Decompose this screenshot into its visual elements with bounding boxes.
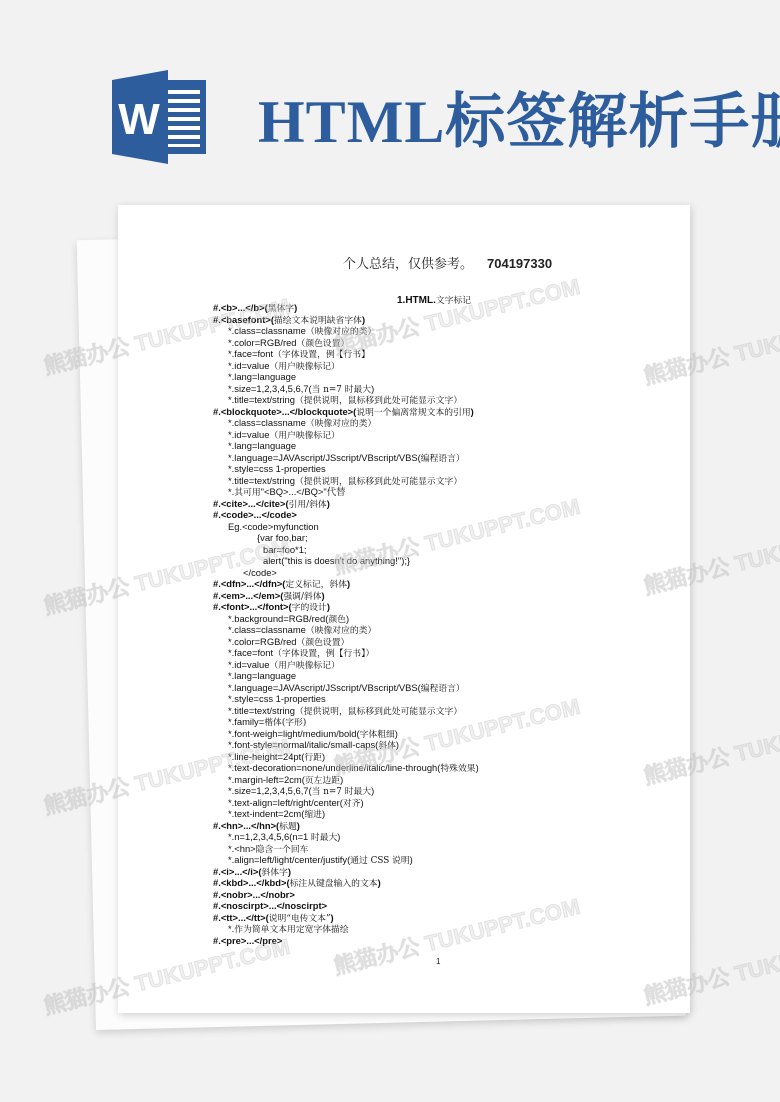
entry-code: *.color=RGB/red: [228, 636, 297, 647]
entry-suffix: ): [327, 601, 330, 612]
entry-code: {var foo,bar;: [257, 532, 308, 543]
entry-code: #.<i>...</i>(: [213, 866, 261, 877]
entry-suffix: ): [476, 762, 479, 773]
entry-code: *.title=text/string: [228, 475, 295, 486]
tag-entry: #.<b>...</b>(黑体字): [213, 302, 673, 314]
entry-suffix: ): [297, 820, 300, 831]
entry-code: #.<code>...</code>: [213, 509, 297, 520]
code-example-line: {var foo,bar;: [213, 532, 673, 544]
entry-code: #.<em>...</em>(: [213, 590, 283, 601]
entry-code: *.style=css 1-properties: [228, 693, 326, 704]
entry-suffix: ): [395, 728, 398, 739]
entry-code: #.<dfn>...</dfn>(: [213, 578, 285, 589]
entry-suffix: ): [471, 406, 474, 417]
attribute-entry: *.family=楷体(字形): [213, 716, 673, 728]
entry-code: Eg.<code>myfunction: [228, 521, 319, 532]
entry-description: 说明“电传文本”: [269, 914, 331, 924]
entry-suffix: ): [322, 751, 325, 762]
subtitle-text: 个人总结，仅供参考。: [343, 257, 473, 272]
entry-description: 其可用: [234, 488, 260, 498]
tag-entry: #.<tt>...</tt>(说明“电传文本”): [213, 912, 673, 924]
attribute-entry: *.id=value（用户映像标记）: [213, 360, 673, 372]
attribute-entry: *.class=classname（映像对应的类）: [213, 325, 673, 337]
code-example-line: Eg.<code>myfunction: [213, 521, 673, 533]
attribute-entry: *.text-decoration=none/underline/italic/…: [213, 762, 673, 774]
entry-code: *.background=RGB/red(: [228, 613, 328, 624]
header: W HTML标签解析手册: [0, 0, 780, 190]
attribute-entry: *.margin-left=2cm(页左边距): [213, 774, 673, 786]
entry-code: #.<pre>...</pre>: [213, 935, 282, 946]
entry-description: 当 n=7 时最大: [312, 385, 371, 395]
entry-code: #.<kbd>...</kbd>(: [213, 877, 290, 888]
entry-code: bar=foo*1;: [263, 544, 307, 555]
entry-code: *.lang=language: [228, 371, 296, 382]
entry-description: 斜体字: [261, 868, 287, 878]
entry-description: 特殊效果: [440, 764, 475, 774]
attribute-entry: *.id=value（用户映像标记）: [213, 429, 673, 441]
entry-suffix: ): [337, 831, 340, 842]
entry-code: *.text-decoration=none/underline/italic/…: [228, 762, 440, 773]
attribute-entry: *.lang=language: [213, 440, 673, 452]
code-example-line: </code>: [213, 567, 673, 579]
entry-code: *.lang=language: [228, 440, 296, 451]
entry-suffix: ): [327, 498, 330, 509]
entry-suffix: ): [340, 774, 343, 785]
entry-code: *.line-height=24pt(: [228, 751, 304, 762]
entry-code: *.class=classname: [228, 325, 306, 336]
entry-description: （字体设置，例【行书】）: [273, 649, 374, 659]
entry-code: #.<tt>...</tt>(: [213, 912, 269, 923]
entry-description: 强调/斜体: [283, 592, 321, 602]
tag-entry: #.<blockquote>...</blockquote>(说明一个偏离常规文…: [213, 406, 673, 418]
entry-suffix: ): [410, 854, 413, 865]
attribute-entry: *.font-weigh=light/medium/bold(字体粗细): [213, 728, 673, 740]
attribute-entry: *.text-indent=2cm(缩进): [213, 808, 673, 820]
attribute-entry: *.class=classname（映像对应的类）: [213, 624, 673, 636]
entry-suffix: ): [294, 302, 297, 313]
entry-suffix: ): [331, 912, 334, 923]
entry-suffix: ): [322, 808, 325, 819]
entry-description: （用户映像标记）: [269, 431, 339, 441]
document-page: 个人总结，仅供参考。704197330 1.HTML.文字标记 #.<b>...…: [118, 205, 690, 1013]
svg-text:W: W: [118, 95, 160, 144]
document-body: #.<b>...</b>(黑体字)#.<basefont>(描绘文本说明缺省字体…: [213, 302, 673, 946]
entry-description: 说明一个偏离常规文本的引用: [356, 408, 470, 418]
entry-description: 标注从键盘输入的文本: [290, 879, 378, 889]
attribute-entry: *.lang=language: [213, 670, 673, 682]
attribute-entry: *.class=classname（映像对应的类）: [213, 417, 673, 429]
entry-suffix: ): [362, 314, 365, 325]
attribute-entry: *.其可用"<BQ>...</BQ>"代替: [213, 486, 673, 498]
attribute-entry: *.color=RGB/red（颜色设置）: [213, 636, 673, 648]
entry-suffix: ): [378, 877, 381, 888]
entry-code: *.lang=language: [228, 670, 296, 681]
entry-description: 颜色: [328, 615, 346, 625]
entry-description: 编程语言）: [421, 454, 465, 464]
page-title: HTML标签解析手册: [258, 74, 780, 160]
tag-entry: #.<cite>...</cite>(引用/斜体): [213, 498, 673, 510]
attribute-entry: *.style=css 1-properties: [213, 693, 673, 705]
entry-code: *.align=left/light/center/justify(: [228, 854, 350, 865]
entry-code: *.text-indent=2cm(: [228, 808, 304, 819]
tag-entry: #.<kbd>...</kbd>(标注从键盘输入的文本): [213, 877, 673, 889]
entry-description: 当 n=7 时最大: [312, 787, 371, 797]
attribute-entry: *.background=RGB/red(颜色): [213, 613, 673, 625]
attribute-entry: *.align=left/light/center/justify(通过 CSS…: [213, 854, 673, 866]
entry-description: 时最大: [311, 833, 337, 843]
entry-description: （颜色设置）: [297, 638, 350, 648]
entry-suffix: ): [288, 866, 291, 877]
document-subtitle: 个人总结，仅供参考。704197330: [343, 253, 552, 272]
attribute-entry: *.language=JAVAscript/JSscript/VBscript/…: [213, 682, 673, 694]
entry-code: #.<blockquote>...</blockquote>(: [213, 406, 356, 417]
tag-entry: #.<pre>...</pre>: [213, 935, 673, 947]
entry-code: *.style=css 1-properties: [228, 463, 326, 474]
entry-code: *.title=text/string: [228, 705, 295, 716]
entry-description: 作为简单文本用定宽字体描绘: [234, 925, 348, 935]
attribute-entry: *.face=font（字体设置，例【行书】: [213, 348, 673, 360]
tag-entry: #.<dfn>...</dfn>(定义标记，斜体): [213, 578, 673, 590]
entry-description: 通过 CSS 说明: [350, 856, 409, 866]
attribute-entry: *.size=1,2,3,4,5,6,7(当 n=7 时最大): [213, 383, 673, 395]
entry-code: *.id=value: [228, 659, 269, 670]
attribute-entry: *.text-align=left/right/center(对齐): [213, 797, 673, 809]
attribute-entry: *.作为简单文本用定宽字体描绘: [213, 923, 673, 935]
tag-entry: #.<hn>...</hn>(标题): [213, 820, 673, 832]
entry-description: （用户映像标记）: [269, 661, 339, 671]
entry-description: （颜色设置）: [297, 339, 350, 349]
entry-description: （映像对应的类）: [306, 327, 376, 337]
entry-description: （提供说明，鼠标移到此处可能显示文字）: [295, 707, 462, 717]
tag-entry: #.<noscirpt>...</noscirpt>: [213, 900, 673, 912]
entry-code: *.size=1,2,3,4,5,6,7(: [228, 383, 312, 394]
attribute-entry: *.id=value（用户映像标记）: [213, 659, 673, 671]
entry-description: 对齐: [343, 799, 361, 809]
attribute-entry: *.<hn>隐含一个回车: [213, 843, 673, 855]
attribute-entry: *.n=1,2,3,4,5,6(n=1 时最大): [213, 831, 673, 843]
entry-suffix: ): [361, 797, 364, 808]
entry-code: #.<font>...</font>(: [213, 601, 292, 612]
entry-code: *.class=classname: [228, 417, 306, 428]
entry-code: *.language=JAVAscript/JSscript/VBscript/…: [228, 682, 421, 693]
attribute-entry: *.title=text/string（提供说明，鼠标移到此处可能显示文字）: [213, 394, 673, 406]
entry-description: （字体设置，例【行书】: [273, 350, 370, 360]
subtitle-number: 704197330: [487, 256, 552, 271]
attribute-entry: *.font-style=normal/italic/small-caps(斜体…: [213, 739, 673, 751]
entry-code: #.<noscirpt>...</noscirpt>: [213, 900, 327, 911]
attribute-entry: *.language=JAVAscript/JSscript/VBscript/…: [213, 452, 673, 464]
entry-code: #.<hn>...</hn>(: [213, 820, 279, 831]
attribute-entry: *.style=css 1-properties: [213, 463, 673, 475]
entry-code: *.n=1,2,3,4,5,6(n=1: [228, 831, 311, 842]
entry-suffix: ): [322, 590, 325, 601]
tag-entry: #.<code>...</code>: [213, 509, 673, 521]
entry-code: *.title=text/string: [228, 394, 295, 405]
code-example-line: alert("this is doesn't do anything!");}: [213, 555, 673, 567]
page-number: 1: [436, 957, 440, 966]
entry-code: *.font-weigh=light/medium/bold(: [228, 728, 360, 739]
attribute-entry: *.title=text/string（提供说明，鼠标移到此处可能显示文字）: [213, 475, 673, 487]
attribute-entry: *.size=1,2,3,4,5,6,7(当 n=7 时最大): [213, 785, 673, 797]
attribute-entry: *.line-height=24pt(行距): [213, 751, 673, 763]
entry-code: #.<cite>...</cite>(: [213, 498, 289, 509]
entry-description: 黑体字: [268, 304, 294, 314]
entry-description: 隐含一个回车: [256, 845, 309, 855]
tag-entry: #.<nobr>...</nobr>: [213, 889, 673, 901]
entry-code: *.<hn>: [228, 843, 256, 854]
entry-description: （映像对应的类）: [306, 419, 376, 429]
attribute-entry: *.title=text/string（提供说明，鼠标移到此处可能显示文字）: [213, 705, 673, 717]
tag-entry: #.<em>...</em>(强调/斜体): [213, 590, 673, 602]
entry-description: （用户映像标记）: [269, 362, 339, 372]
entry-code: *.face=font: [228, 348, 273, 359]
entry-description: 描绘文本说明缺省字体: [274, 316, 362, 326]
entry-description: 楷体(字形): [264, 718, 306, 728]
entry-description: 斜体: [378, 741, 396, 751]
entry-description: 引用/斜体: [289, 500, 327, 510]
attribute-entry: *.lang=language: [213, 371, 673, 383]
entry-code: *.text-align=left/right/center(: [228, 797, 343, 808]
entry-code: *.id=value: [228, 360, 269, 371]
entry-code: *.id=value: [228, 429, 269, 440]
entry-suffix: "<BQ>...</BQ>"代替: [261, 486, 346, 497]
entry-code: *.font-style=normal/italic/small-caps(: [228, 739, 378, 750]
entry-code: *.family=: [228, 716, 264, 727]
entry-code: *.size=1,2,3,4,5,6,7(: [228, 785, 312, 796]
attribute-entry: *.color=RGB/red（颜色设置）: [213, 337, 673, 349]
entry-description: 定义标记，斜体: [285, 580, 347, 590]
entry-code: *.margin-left=2cm(: [228, 774, 305, 785]
entry-description: （提供说明，鼠标移到此处可能显示文字）: [295, 477, 462, 487]
entry-code: #.<nobr>...</nobr>: [213, 889, 295, 900]
entry-code: *.class=classname: [228, 624, 306, 635]
entry-suffix: ): [371, 785, 374, 796]
entry-code: #.<basefont>(: [213, 314, 274, 325]
entry-description: （提供说明，鼠标移到此处可能显示文字）: [295, 396, 462, 406]
entry-code: *.language=JAVAscript/JSscript/VBscript/…: [228, 452, 421, 463]
tag-entry: #.<font>...</font>(字的设计): [213, 601, 673, 613]
entry-suffix: ): [396, 739, 399, 750]
entry-description: 字的设计: [292, 603, 327, 613]
entry-code: alert("this is doesn't do anything!");}: [263, 555, 410, 566]
entry-description: 字体粗细: [360, 730, 395, 740]
entry-code: *.face=font: [228, 647, 273, 658]
attribute-entry: *.face=font（字体设置，例【行书】）: [213, 647, 673, 659]
entry-description: 缩进: [304, 810, 322, 820]
entry-description: （映像对应的类）: [306, 626, 376, 636]
entry-suffix: ): [346, 613, 349, 624]
tag-entry: #.<i>...</i>(斜体字): [213, 866, 673, 878]
entry-suffix: ): [371, 383, 374, 394]
entry-description: 页左边距: [305, 776, 340, 786]
entry-description: 行距: [304, 753, 322, 763]
word-icon: W: [108, 68, 210, 164]
entry-description: 编程语言）: [421, 684, 465, 694]
entry-code: #.<b>...</b>(: [213, 302, 268, 313]
code-example-line: bar=foo*1;: [213, 544, 673, 556]
tag-entry: #.<basefont>(描绘文本说明缺省字体): [213, 314, 673, 326]
entry-suffix: ): [347, 578, 350, 589]
entry-code: </code>: [243, 567, 277, 578]
entry-code: *.color=RGB/red: [228, 337, 297, 348]
entry-description: 标题: [279, 822, 297, 832]
